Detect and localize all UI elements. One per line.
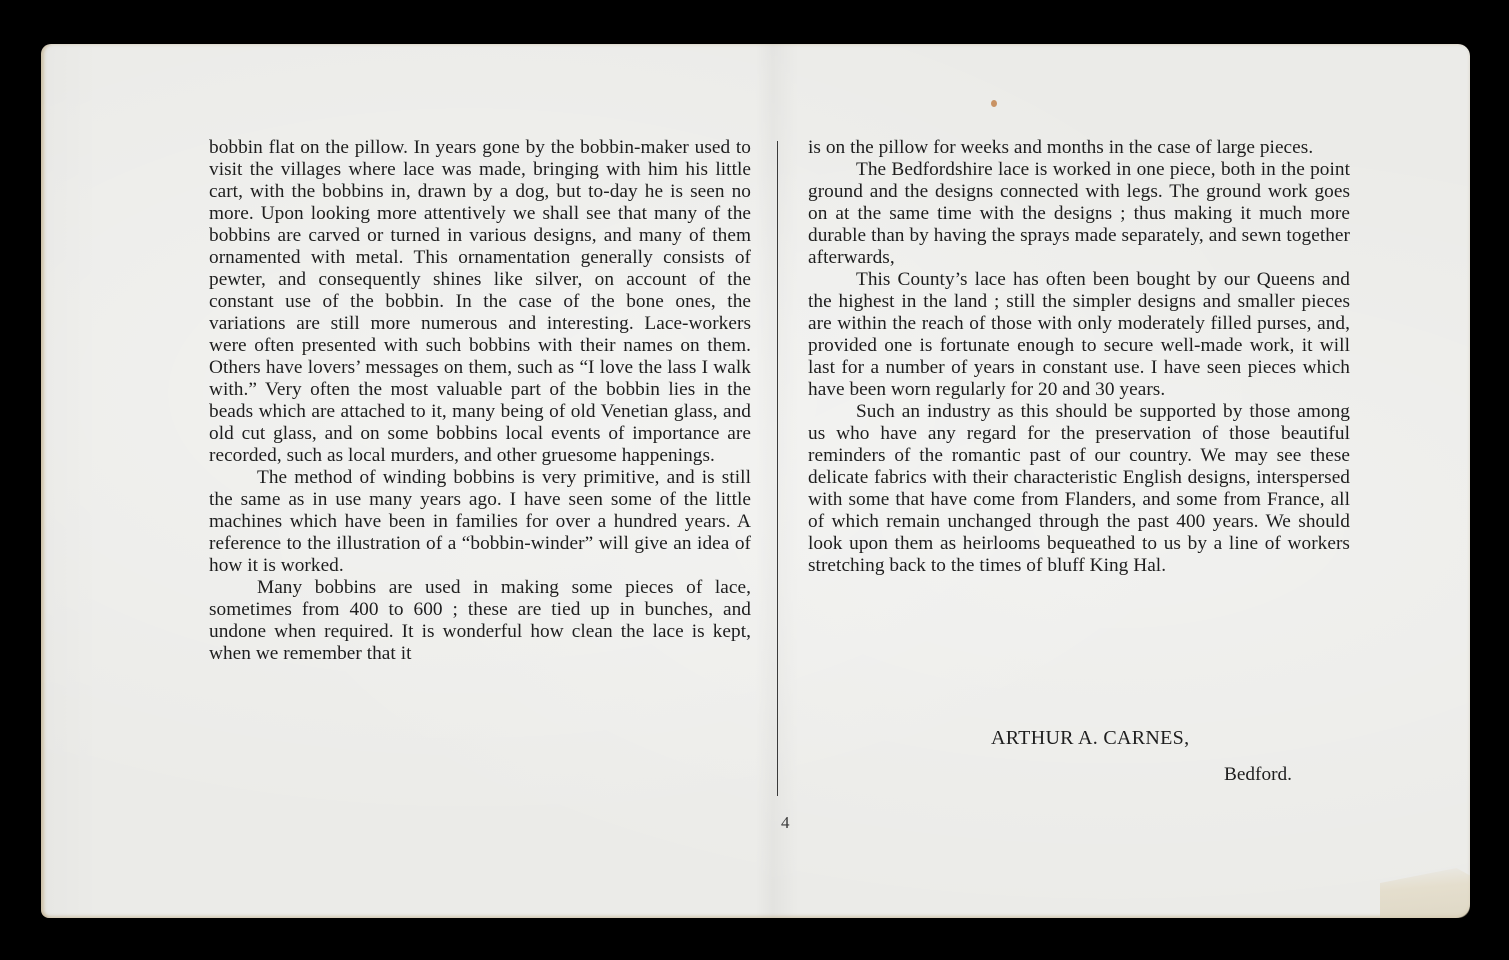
right-paragraph-2: The Bedfordshire lace is worked in one p…: [808, 159, 1350, 269]
left-page-column: bobbin flat on the pillow. In years gone…: [209, 137, 751, 665]
author-place: Bedford.: [1224, 764, 1292, 786]
right-page-column: is on the pillow for weeks and months in…: [808, 137, 1350, 577]
right-paragraph-4: Such an industry as this should be suppo…: [808, 401, 1350, 577]
right-paragraph-3: This County’s lace has often been bought…: [808, 269, 1350, 401]
column-divider: [777, 141, 778, 796]
left-paragraph-3: Many bobbins are used in making some pie…: [209, 577, 751, 665]
paper-stain: [991, 100, 997, 107]
author-signature: ARTHUR A. CARNES,: [991, 727, 1189, 750]
left-paragraph-1: bobbin flat on the pillow. In years gone…: [209, 137, 751, 467]
left-paragraph-2: The method of winding bobbins is very pr…: [209, 467, 751, 577]
page-number: 4: [781, 813, 790, 833]
right-paragraph-1: is on the pillow for weeks and months in…: [808, 137, 1350, 159]
